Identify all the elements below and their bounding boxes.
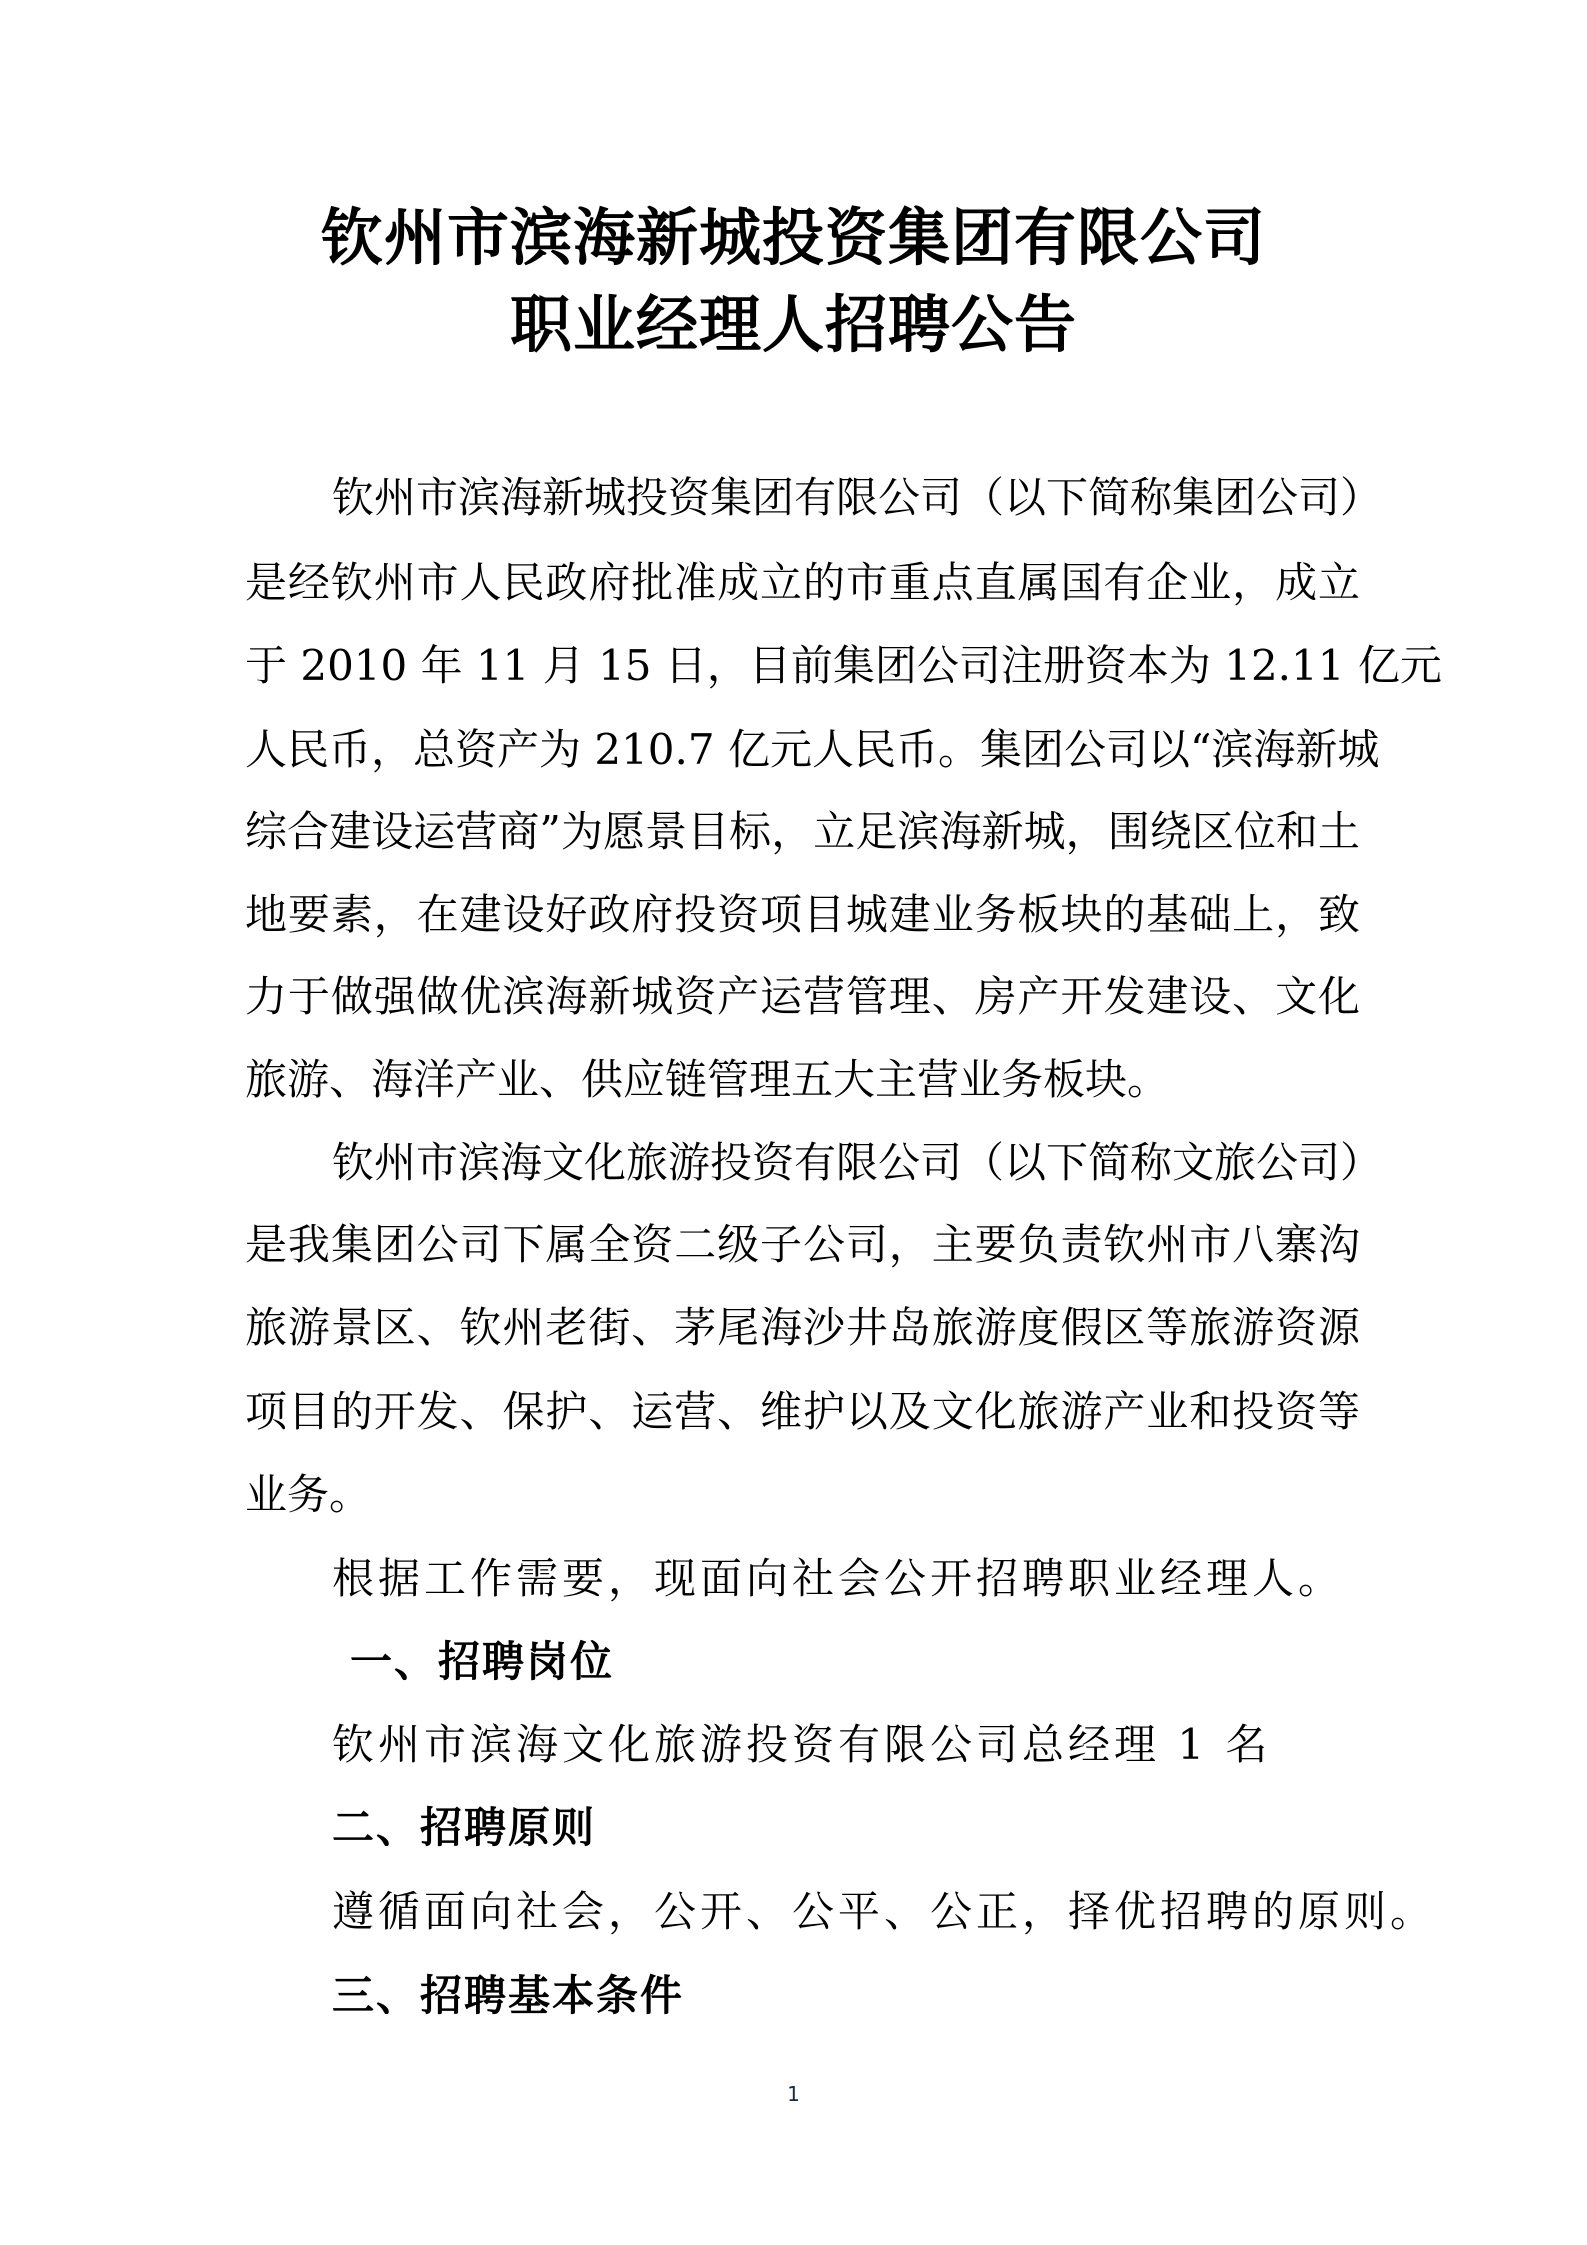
page-number: 1	[0, 2082, 1587, 2106]
paragraph-1-line: 旅游、海洋产业、供应链管理五大主营业务板块。	[245, 1050, 1360, 1110]
paragraph-1-line: 是经钦州市人民政府批准成立的市重点直属国有企业，成立	[245, 553, 1360, 613]
section-1-content: 钦州市滨海文化旅游投资有限公司总经理 1 名	[332, 1715, 1271, 1775]
paragraph-1-line: 综合建设运营商”为愿景目标，立足滨海新城，围绕区位和土	[245, 802, 1360, 862]
paragraph-1-line: 地要素，在建设好政府投资项目城建业务板块的基础上，致	[245, 885, 1360, 945]
paragraph-1-line: 于 2010 年 11 月 15 日，目前集团公司注册资本为 12.11 亿元	[245, 636, 1360, 696]
document-title-line-2: 职业经理人招聘公告	[0, 285, 1587, 365]
section-3-heading: 三、招聘基本条件	[332, 1966, 684, 2026]
paragraph-1-line: 人民币，总资产为 210.7 亿元人民币。集团公司以“滨海新城	[245, 720, 1360, 780]
section-2-content: 遵循面向社会，公开、公平、公正，择优招聘的原则。	[332, 1882, 1436, 1942]
section-1-heading: 一、招聘岗位	[350, 1632, 614, 1692]
paragraph-2-line: 钦州市滨海文化旅游投资有限公司（以下简称文旅公司）	[332, 1133, 1360, 1193]
paragraph-3: 根据工作需要，现面向社会公开招聘职业经理人。	[332, 1549, 1344, 1609]
document-page: 钦州市滨海新城投资集团有限公司 职业经理人招聘公告 钦州市滨海新城投资集团有限公…	[0, 0, 1587, 2245]
paragraph-2-line: 业务。	[245, 1465, 1360, 1525]
section-2-heading: 二、招聘原则	[332, 1798, 596, 1858]
paragraph-2-line: 项目的开发、保护、运营、维护以及文化旅游产业和投资等	[245, 1382, 1360, 1442]
paragraph-2-line: 是我集团公司下属全资二级子公司，主要负责钦州市八寨沟	[245, 1215, 1360, 1275]
document-title-line-1: 钦州市滨海新城投资集团有限公司	[0, 198, 1587, 278]
paragraph-2-line: 旅游景区、钦州老街、茅尾海沙井岛旅游度假区等旅游资源	[245, 1298, 1360, 1358]
paragraph-1-line: 力于做强做优滨海新城资产运营管理、房产开发建设、文化	[245, 967, 1360, 1027]
paragraph-1-line: 钦州市滨海新城投资集团有限公司（以下简称集团公司）	[332, 468, 1360, 528]
